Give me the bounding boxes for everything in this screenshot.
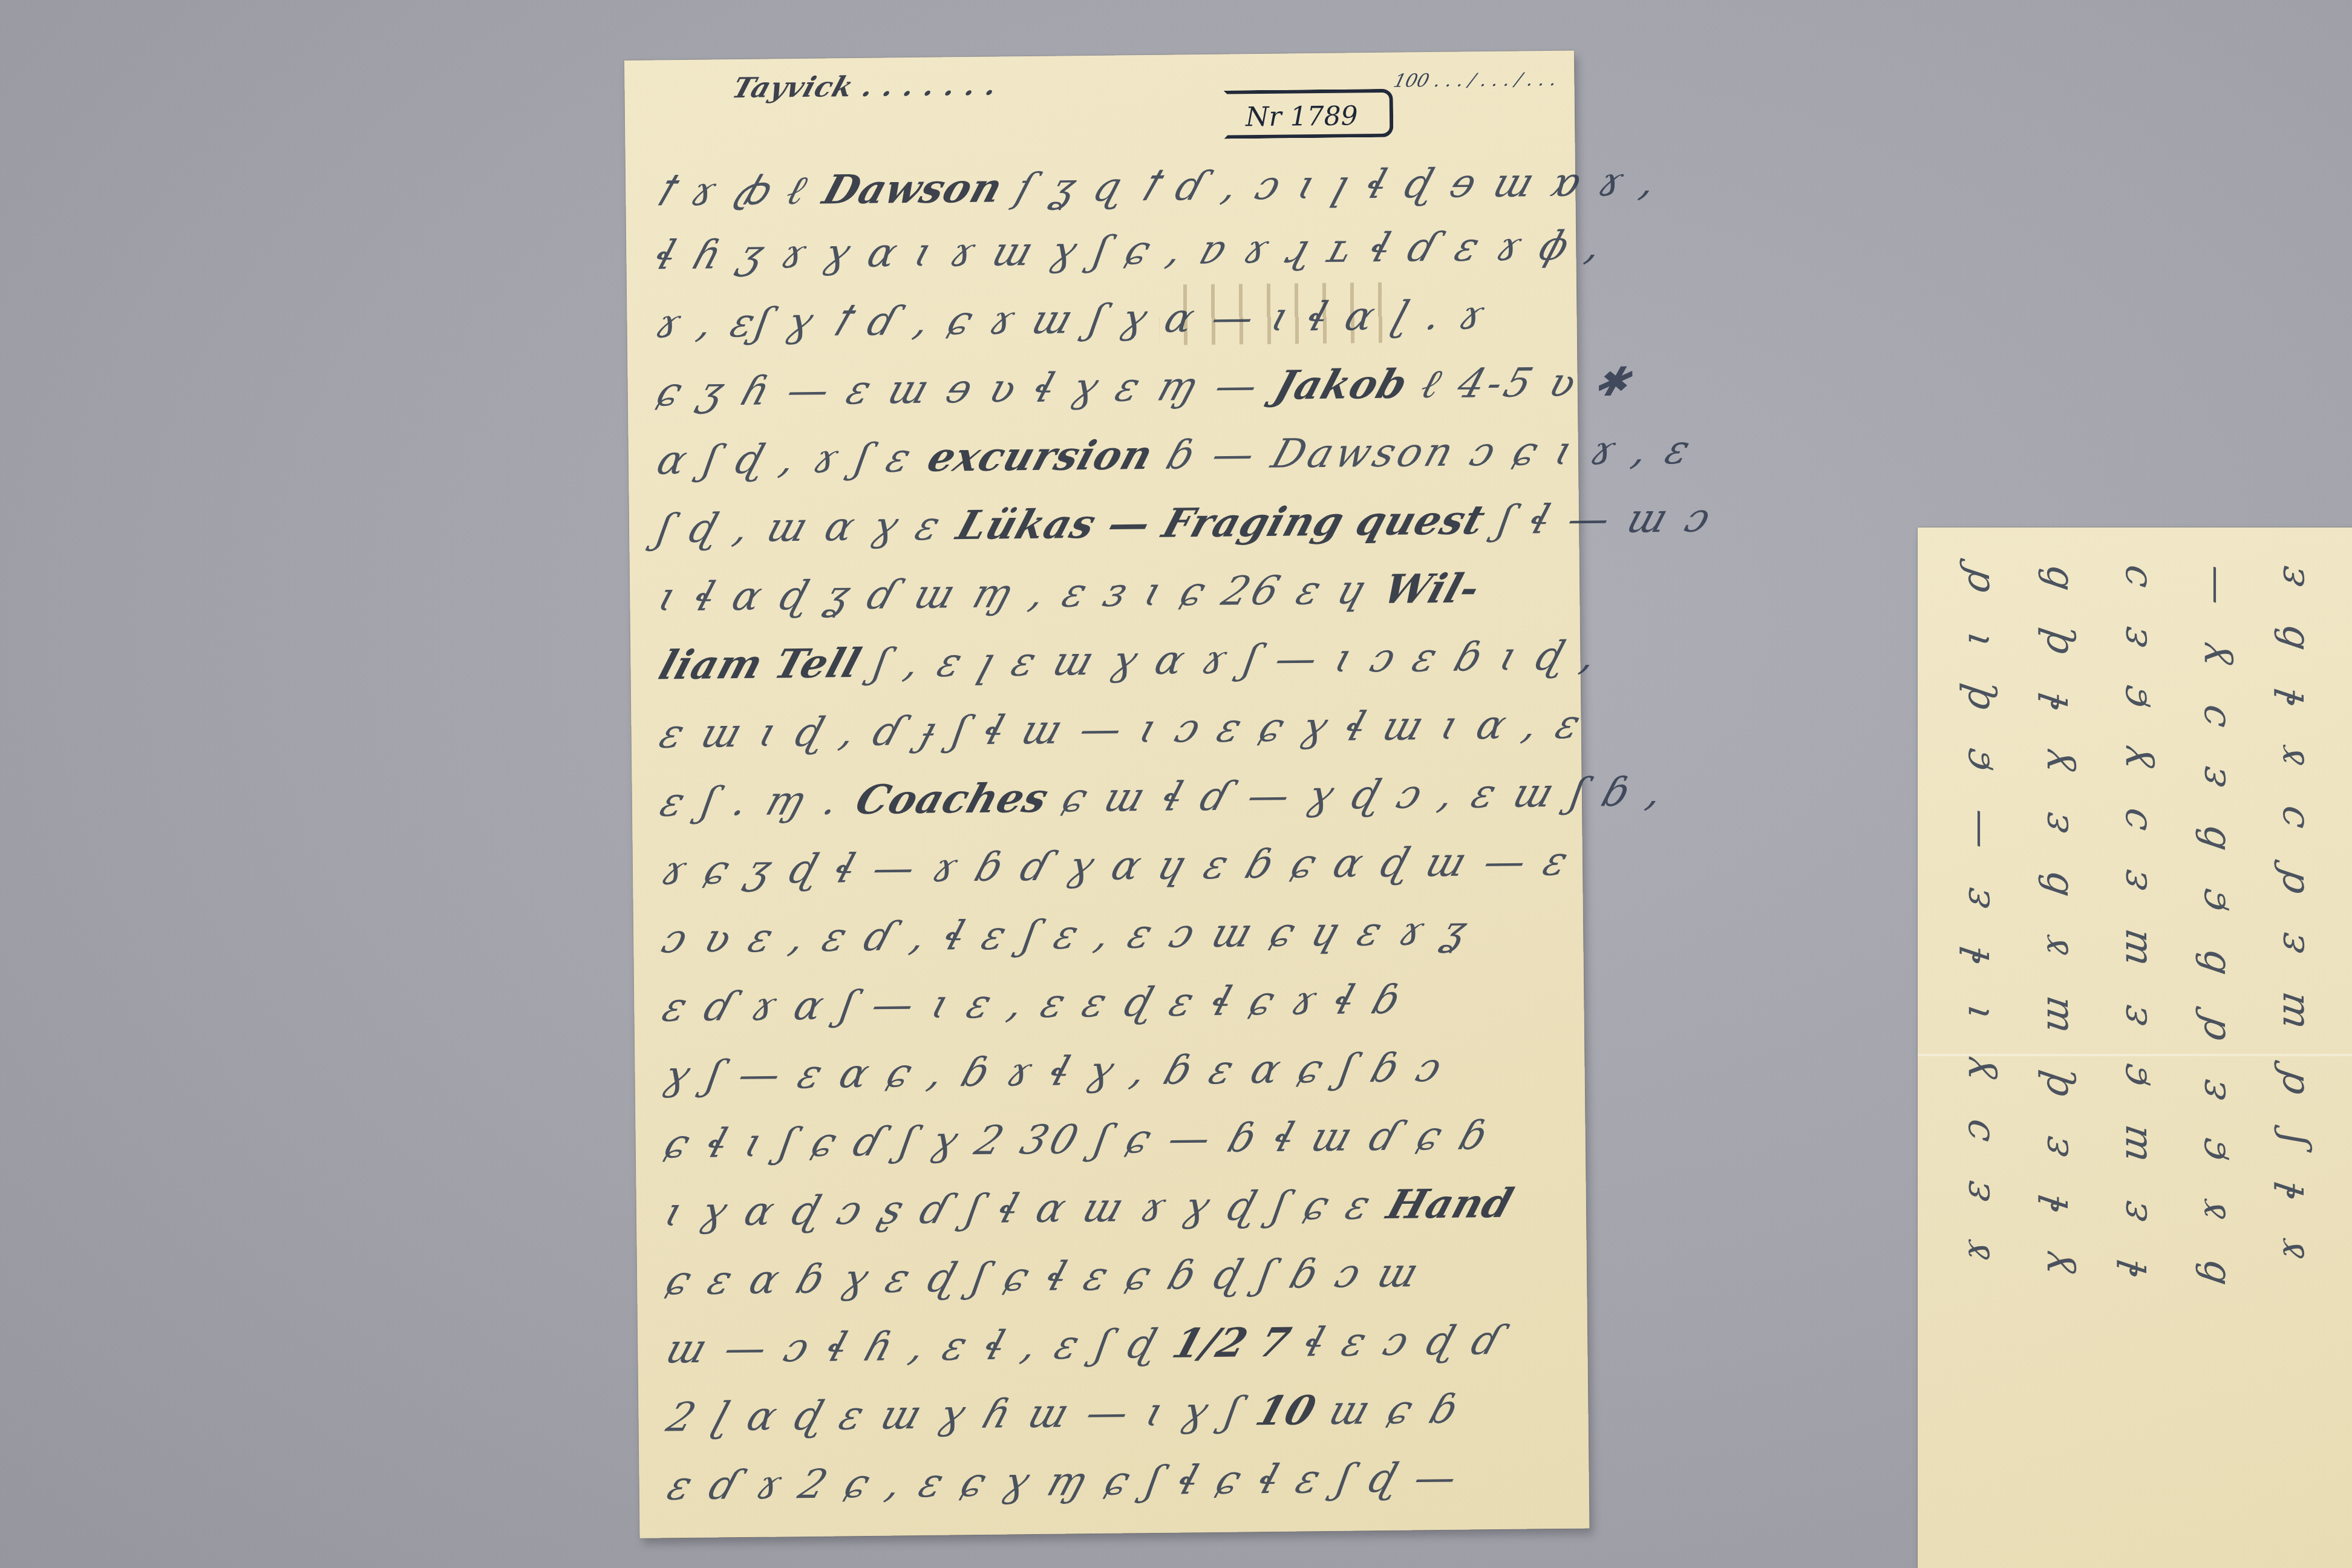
boxed-number-stamp: Nr 1789: [1224, 89, 1394, 139]
shorthand-text: ɤ ɕ ʒ ɖ ɬ — ɤ ɓ ɗ ɣ ɑ ɥ ɛ ɓ ɕ ɑ ɖ ɯ — ɛ: [656, 838, 1578, 894]
shorthand-text: ɑ ʃ ɖ , ɤ ʃ ɛ: [652, 434, 921, 484]
longhand-word: Hand: [1382, 1180, 1520, 1228]
handwritten-line: ɤ ɕ ʒ ɖ ɬ — ɤ ɓ ɗ ɣ ɑ ɥ ɛ ɓ ɕ ɑ ɖ ɯ — ɛ: [656, 837, 1572, 894]
shorthand-column: ɤ ɬ ʃ ɗ ɯ ɛ ɗ ɔ ɤ ɬ ɓ ɛ: [2269, 549, 2313, 1263]
longhand-word: Coaches: [850, 774, 1054, 824]
shorthand-text: ꝉ ɤ ꞗ ℓ: [648, 167, 815, 215]
longhand-word: Lükas — Fraging quest: [951, 496, 1491, 549]
handwritten-line: ɛ ɗ ɤ 2 ɕ , ɛ ɕ ɣ ɱ ɕ ʃ ɬ ɕ ɬ ɛ ʃ ɖ —: [662, 1452, 1578, 1509]
shorthand-text: ʃ , ɛ ꞁ ɛ ɯ ɣ ɑ ɤ ʃ — ɩ ɔ ɛ ɓ ɩ ɖ ,: [869, 632, 1607, 687]
longhand-word: liam Tell: [653, 639, 867, 689]
shorthand-column: ɤ ɛ ɔ ɣ ɩ ɬ ɛ — ɕ ɖ ɩ ɗ: [1954, 549, 1999, 1264]
shorthand-text: ɬ ɛ ɔ ɖ ɗ: [1298, 1317, 1511, 1366]
shorthand-text: ɛ ɗ ɤ 2 ɕ , ɛ ɕ ɣ ɱ ɕ ʃ ɬ ɕ ɬ ɛ ʃ ɖ —: [662, 1454, 1466, 1509]
shorthand-text: ɔ ʋ ɛ , ɛ ɗ , ɬ ɛ ʃ ɛ , ɛ ɔ ɯ ɕ ɥ ɛ ɤ ʓ: [656, 907, 1476, 962]
shorthand-text: ɤ , ɛʃ ɣ ꝉ ɗ , ɕ ɤ ɯ ʃ ɣ ɑ — ɩ ɬ ɑ ɭ . ɤ: [650, 292, 1494, 347]
handwritten-line: 2 ɭ ɑ ɖ ɛ ɯ ɣ ɦ ɯ — ɩ ɣ ʃ 10 ɯ ɕ ɓ: [661, 1384, 1577, 1441]
longhand-word: 10: [1250, 1387, 1322, 1434]
handwritten-line: ɛ ʃ . ɱ . Coaches ɕ ɯ ɬ ɗ — ɣ ɖ ɔ , ɛ ɯ …: [655, 769, 1571, 826]
handwritten-line: ɩ ɬ ɑ ɖ ʓ ɗ ɯ ɱ , ɛ ɜ ɩ ɕ 26 ɛ ɥ Wil-: [653, 564, 1569, 621]
shorthand-text: ɓ — Dawson ɔ ɕ ɩ ɤ , ɛ: [1161, 426, 1700, 478]
handwritten-line: ʃ ɖ , ɯ ɑ ɣ ɛ Lükas — Fraging quest ʃ ɬ …: [652, 495, 1568, 552]
shorthand-text: ɬ ɦ ʒ ɤ ɣ ɑ ɩ ɤ ɯ ɣ ʃ ɕ , ɐ ɤ ɻ ʟ ɬ ɗ ɛ …: [649, 222, 1612, 279]
shorthand-text: ɛ ɗ ɤ ɑ ʃ — ɩ ɛ , ɛ ɛ ɖ ɛ ɬ ɕ ɤ ɬ ɓ: [657, 976, 1410, 1030]
shorthand-column: ɓ ɤ ɕ ɛ ɗ ɓ ɕ ɓ ɛ ɔ ɣ —: [2190, 549, 2235, 1287]
handwritten-line: ɤ , ɛʃ ɣ ꝉ ɗ , ɕ ɤ ɯ ʃ ɣ ɑ — ɩ ɬ ɑ ɭ . ɤ: [650, 290, 1566, 347]
margin-note: 100 . . . / . . . / . . .: [1391, 69, 1559, 93]
shorthand-column: ɬ ɛ ɯ ɕ ɛ ɯ ɛ ɔ ɣ ɕ ɛ ɔ: [2111, 549, 2156, 1281]
shorthand-text: ɕ ɯ ɬ ɗ — ɣ ɖ ɔ , ɛ ɯ ʃ ɓ ,: [1056, 768, 1673, 822]
longhand-word: 1/2 7: [1167, 1318, 1296, 1367]
longhand-word: excursion: [922, 431, 1159, 481]
longhand-word: Jakob: [1269, 360, 1414, 409]
shorthand-text: ʃ ɖ , ɯ ɑ ɣ ɛ: [652, 502, 950, 552]
shorthand-text: ɕ ɛ ɑ ɓ ɣ ɛ ɖ ʃ ɕ ɬ ɛ ɕ ɓ ɖ ʃ ɓ ɔ ɯ: [660, 1249, 1428, 1304]
handwritten-line: ɕ ʒ ɦ — ɛ ɯ ɘ ʋ ɬ ɣ ɛ ɱ — Jakob ℓ 4-5 ʋ …: [650, 359, 1567, 416]
shorthand-column: ɣ ɬ ɛ ɖ ɯ ɤ ɓ ɛ ɣ ɬ ɖ ɓ: [2033, 549, 2077, 1278]
handwritten-lines: ꝉ ɤ ꞗ ℓ Dawson ſ ʓ ɋ ꝉ ɗ , ɔ ɩ ꞁ ɬ ɖ ɘ ɯ…: [624, 51, 1574, 60]
handwritten-line: ɕ ɬ ɩ ʃ ɕ ɗ ʃ ɣ 2 30 ʃ ɕ — ɓ ɬ ɯ ɗ ɕ ɓ: [658, 1111, 1574, 1168]
handwritten-line: ɕ ɛ ɑ ɓ ɣ ɛ ɖ ʃ ɕ ɬ ɛ ɕ ɓ ɖ ʃ ɓ ɔ ɯ: [660, 1247, 1576, 1304]
handwritten-line: ɩ ɣ ɑ ɖ ɔ ʂ ɗ ʃ ɬ ɑ ɯ ɤ ɣ ɖ ʃ ɕ ɛ Hand: [659, 1179, 1575, 1236]
handwritten-line: ꝉ ɤ ꞗ ℓ Dawson ſ ʓ ɋ ꝉ ɗ , ɔ ɩ ꞁ ɬ ɖ ɘ ɯ…: [647, 154, 1566, 218]
shorthand-text: ɯ ɕ ɓ: [1324, 1386, 1468, 1434]
shorthand-text: 2 ɭ ɑ ɖ ɛ ɯ ɣ ɦ ɯ — ɩ ɣ ʃ: [661, 1388, 1249, 1440]
postcard-main: Tayvick . . . . . . . Nr 1789 100 . . . …: [624, 51, 1589, 1538]
shorthand-text: ɛ ɯ ɩ ɖ , ɗ ɟ ʃ ɬ ɯ — ɩ ɔ ɛ ɕ ɣ ɬ ɯ ɩ ɑ …: [654, 701, 1590, 757]
postcard-right: ɤ ɛ ɔ ɣ ɩ ɬ ɛ — ɕ ɖ ɩ ɗɣ ɬ ɛ ɖ ɯ ɤ ɓ ɛ ɣ…: [1918, 528, 2352, 1568]
shorthand-text: ʃ ɬ — ɯ ɔ: [1493, 494, 1720, 543]
handwritten-line: liam Tell ʃ , ɛ ꞁ ɛ ɯ ɣ ɑ ɤ ʃ — ɩ ɔ ɛ ɓ …: [653, 632, 1569, 689]
longhand-word: Dawson: [817, 164, 1008, 213]
shorthand-text: ɕ ʒ ɦ — ɛ ɯ ɘ ʋ ɬ ɣ ɛ ɱ —: [651, 362, 1267, 416]
handwritten-line: ɔ ʋ ɛ , ɛ ɗ , ɬ ɛ ʃ ɛ , ɛ ɔ ɯ ɕ ɥ ɛ ɤ ʓ: [656, 906, 1572, 962]
shorthand-text: ℓ 4-5 ʋ ✱: [1416, 358, 1639, 407]
shorthand-text: ɣ ʃ — ɛ ɑ ɕ , ɓ ɤ ɬ ɣ , ɓ ɛ ɑ ɕ ʃ ɓ ɔ: [658, 1044, 1451, 1099]
shorthand-text: ſ ʓ ɋ ꝉ ɗ , ɔ ɩ ꞁ ɬ ɖ ɘ ɯ ɒ ɤ ,: [1010, 158, 1666, 211]
handwritten-line: ɛ ɗ ɤ ɑ ʃ — ɩ ɛ , ɛ ɛ ɖ ɛ ɬ ɕ ɤ ɬ ɓ: [657, 974, 1573, 1031]
handwritten-line: ɑ ʃ ɖ , ɤ ʃ ɛ excursion ɓ — Dawson ɔ ɕ ɩ…: [652, 427, 1567, 484]
shorthand-text: ɩ ɬ ɑ ɖ ʓ ɗ ɯ ɱ , ɛ ɜ ɩ ɕ 26 ɛ ɥ: [653, 566, 1376, 621]
handwritten-line: ɛ ɯ ɩ ɖ , ɗ ɟ ʃ ɬ ɯ — ɩ ɔ ɛ ɕ ɣ ɬ ɯ ɩ ɑ …: [654, 701, 1570, 757]
handwritten-line: ɬ ɦ ʒ ɤ ɣ ɑ ɩ ɤ ɯ ɣ ʃ ɕ , ɐ ɤ ɻ ʟ ɬ ɗ ɛ …: [649, 222, 1565, 279]
shorthand-text: ɩ ɣ ɑ ɖ ɔ ʂ ɗ ʃ ɬ ɑ ɯ ɤ ɣ ɖ ʃ ɕ ɛ: [659, 1181, 1380, 1235]
shorthand-text: ɛ ʃ . ɱ .: [655, 777, 849, 825]
shorthand-text: ɯ — ɔ ɬ ɦ , ɛ ɬ , ɛ ʃ ɖ: [661, 1321, 1165, 1373]
handwritten-line: ɯ — ɔ ɬ ɦ , ɛ ɬ , ɛ ʃ ɖ 1/2 7 ɬ ɛ ɔ ɖ ɗ: [661, 1316, 1576, 1373]
longhand-word: Wil-: [1378, 564, 1486, 613]
shorthand-text: ɕ ɬ ɩ ʃ ɕ ɗ ʃ ɣ 2 30 ʃ ɕ — ɓ ɬ ɯ ɗ ɕ ɓ: [658, 1112, 1497, 1168]
handwritten-line: ɣ ʃ — ɛ ɑ ɕ , ɓ ɤ ɬ ɣ , ɓ ɛ ɑ ɕ ʃ ɓ ɔ: [658, 1042, 1573, 1099]
